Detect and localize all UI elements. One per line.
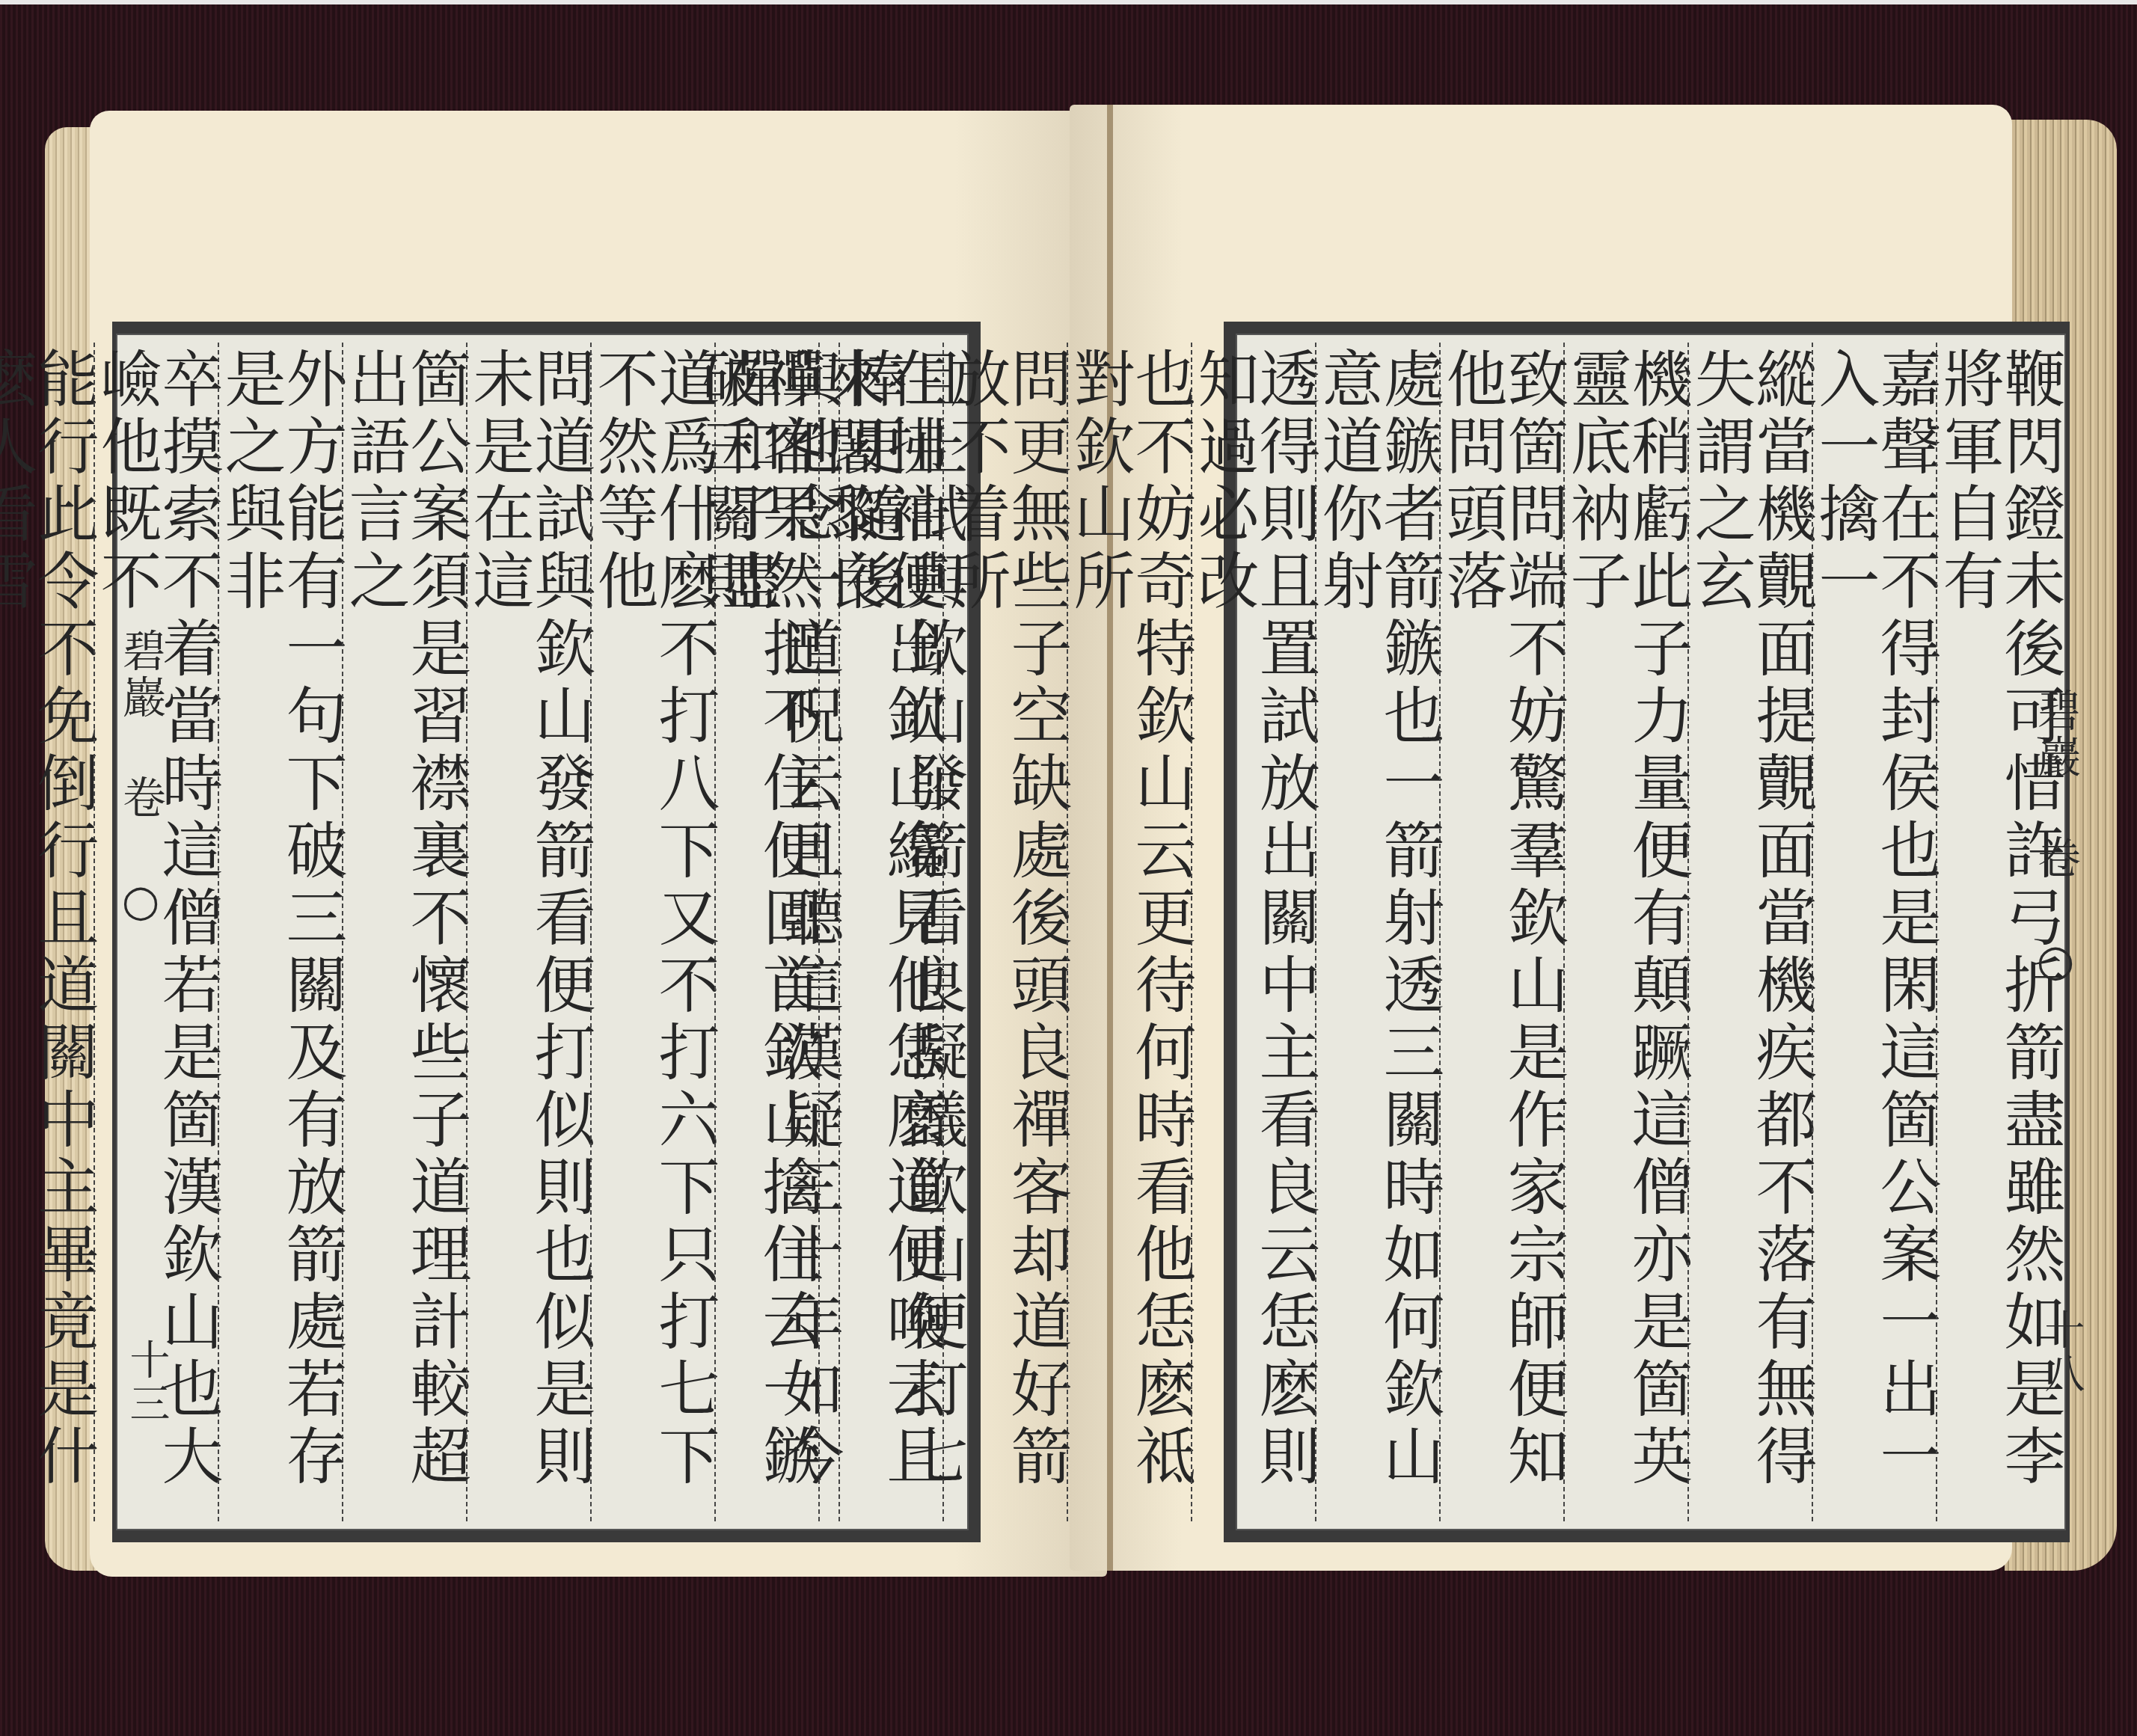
text-column: 透得則且置試放出關中主看良云恁麽則知過必改 xyxy=(1191,343,1315,1521)
text-column: 箇公案須是習襟裏不懷些子道理計較超出語言之 xyxy=(342,343,466,1521)
text-column: 致箇問端不妨驚羣欽山是作家宗師便知他問頭落 xyxy=(1439,343,1563,1521)
open-book: 且止試與欽山發箭看良擬議欽山便打七棒更隨後 與他念一道呪云且聽這漢疑三十年如今禪… xyxy=(45,105,2117,1601)
left-page-number: 十三 xyxy=(123,1339,176,1459)
left-margin-title: 碧巖 卷 ○ xyxy=(120,628,172,942)
text-column: 縱當機覿面提覿面當機疾都不落有無得失謂之玄 xyxy=(1687,343,1812,1521)
text-column: 能行此令不免倒行且道關中主畢竟是什麽人看雪 xyxy=(0,343,93,1521)
text-column: 問更無些子空缺處後頭良禪客却道好箭放不着所 xyxy=(942,343,1067,1521)
text-column: 在拂袖便出欽山纔見他恁麽道便喚云且來闍黎良 xyxy=(818,343,942,1521)
right-page-number: 十八 xyxy=(2038,1309,2091,1429)
text-column: 外方能有一句下破三關及有放箭處若存是之與非 xyxy=(218,343,342,1521)
text-column: 禪客果然把不住便回首欽山擒住云一鏃破三關則 xyxy=(696,343,818,1521)
text-column: 處鏃者箭鏃也一箭射透三關時如何欽山意道你射 xyxy=(1315,343,1439,1521)
scan-top-border xyxy=(0,0,2137,4)
text-column: 問道試與欽山發箭看便打似則也似是則未是在這 xyxy=(466,343,590,1521)
text-column: 嘉聲在不得封侯也是閑這箇公案一出一入一擒一 xyxy=(1812,343,1936,1521)
right-text-frame: 鞭閃鐙未後可惜許弓折箭盡雖然如是李將軍自有 嘉聲在不得封侯也是閑這箇公案一出一入… xyxy=(1224,322,2070,1542)
right-columns: 鞭閃鐙未後可惜許弓折箭盡雖然如是李將軍自有 嘉聲在不得封侯也是閑這箇公案一出一入… xyxy=(1242,343,2060,1521)
text-column: 也不妨奇特欽山云更待何時看他恁麽祗對欽山所 xyxy=(1067,343,1191,1521)
text-column: 機稍虧此子力量便有顛蹶這僧亦是箇英靈底衲子 xyxy=(1563,343,1687,1521)
right-margin-title: 碧巖 卷 ○ xyxy=(2035,688,2087,1002)
